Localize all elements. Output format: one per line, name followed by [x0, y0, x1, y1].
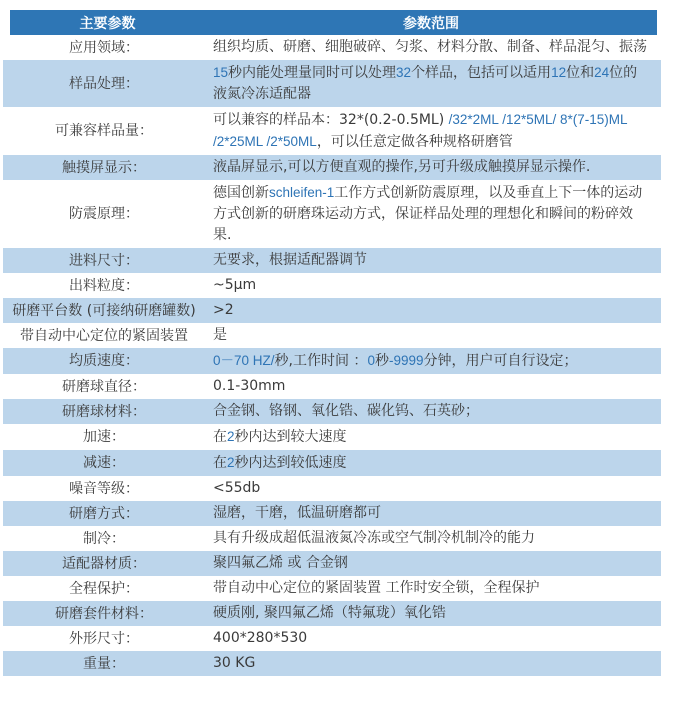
- value-text: 无要求，根据适配器调节: [213, 252, 367, 268]
- value-text-highlight: -9999: [389, 353, 424, 368]
- table-header-row: 主要参数 参数范围: [10, 10, 657, 35]
- value-text: >2: [213, 302, 234, 318]
- param-label: 研磨球直径：: [3, 375, 205, 399]
- value-text-highlight: 32: [396, 65, 411, 80]
- value-text: 湿磨，干磨，低温研磨都可: [213, 505, 381, 521]
- value-text: 是: [213, 327, 227, 343]
- table-row: 全程保护：带自动中心定位的紧固装置 工作时安全锁，全程保护: [3, 576, 661, 601]
- value-text: 可以兼容的样品本：32*(0.2-0.5ML): [213, 112, 449, 128]
- param-value: 0－70 HZ/秒,工作时间 ：0秒-9999分钟，用户可自行设定；: [205, 348, 661, 374]
- table-row: 触摸屏显示：液晶屏显示,可以方便直观的操作,另可升级成触摸屏显示操作.: [3, 155, 661, 180]
- value-text: 合金钢、铬钢、氧化锆、碳化钨、石英砂；: [213, 403, 479, 419]
- param-label: 研磨方式：: [3, 502, 205, 526]
- header-main-params: 主要参数: [10, 13, 205, 33]
- param-label: 研磨套件材料：: [3, 602, 205, 626]
- table-row: 研磨球材料：合金钢、铬钢、氧化锆、碳化钨、石英砂；: [3, 399, 661, 424]
- param-label: 进料尺寸：: [3, 249, 205, 273]
- value-text: ~5μm: [213, 277, 256, 293]
- spec-table-body: 应用领域：组织均质、研磨、细胞破碎、匀浆、材料分散、制备、样品混匀、振荡样品处理…: [3, 35, 661, 676]
- param-label: 带自动中心定位的紧固装置: [3, 324, 205, 348]
- table-row: 均质速度：0－70 HZ/秒,工作时间 ：0秒-9999分钟，用户可自行设定；: [3, 348, 661, 374]
- value-text: 组织均质、研磨、细胞破碎、匀浆、材料分散、制备、样品混匀、振荡: [213, 39, 647, 55]
- param-value: 具有升级成超低温液氮冷冻或空气制冷机制冷的能力: [205, 526, 661, 551]
- param-label: 适配器材质：: [3, 552, 205, 576]
- value-text: 液晶屏显示,可以方便直观的操作,另可升级成触摸屏显示操作.: [213, 159, 590, 175]
- table-row: 制冷：具有升级成超低温液氮冷冻或空气制冷机制冷的能力: [3, 526, 661, 551]
- param-label: 加速：: [3, 425, 205, 449]
- value-text: 聚四氟乙烯 或 合金钢: [213, 555, 348, 571]
- value-text: 硬质刚, 聚四氟乙烯（特氟珑）氧化锆: [213, 605, 446, 621]
- value-text-highlight: 2: [227, 429, 235, 444]
- param-value: 硬质刚, 聚四氟乙烯（特氟珑）氧化锆: [205, 601, 661, 626]
- param-label: 防震原理：: [3, 202, 205, 226]
- value-text: 位和: [566, 65, 594, 81]
- value-text-highlight: 24: [594, 65, 609, 80]
- value-text: 在: [213, 455, 227, 471]
- param-value: 可以兼容的样品本：32*(0.2-0.5ML) /32*2ML /12*5ML/…: [205, 107, 661, 155]
- param-value: 无要求，根据适配器调节: [205, 248, 661, 273]
- param-label: 外形尺寸：: [3, 627, 205, 651]
- param-label: 样品处理：: [3, 72, 205, 96]
- value-text-highlight: 2: [227, 455, 235, 470]
- value-text: 分钟，用户可自行设定；: [423, 353, 577, 369]
- table-row: 研磨球直径：0.1-30mm: [3, 374, 661, 399]
- param-value: 液晶屏显示,可以方便直观的操作,另可升级成触摸屏显示操作.: [205, 155, 661, 180]
- param-value: 组织均质、研磨、细胞破碎、匀浆、材料分散、制备、样品混匀、振荡: [205, 35, 661, 60]
- param-value: ~5μm: [205, 273, 661, 298]
- param-label: 均质速度：: [3, 349, 205, 373]
- value-text: ，可以任意定做各种规格研磨管: [317, 134, 513, 150]
- value-text-highlight: 0: [367, 353, 375, 368]
- param-value: 带自动中心定位的紧固装置 工作时安全锁，全程保护: [205, 576, 661, 601]
- param-value: 15秒内能处理量同时可以处理32个样品，包括可以适用12位和24位的液氮冷冻适配…: [205, 60, 661, 107]
- table-row: 减速：在2秒内达到较低速度: [3, 450, 661, 476]
- value-text: 在: [213, 429, 227, 445]
- value-text: 带自动中心定位的紧固装置 工作时安全锁，全程保护: [213, 580, 539, 596]
- value-text-highlight: 12: [551, 65, 566, 80]
- param-value: 在2秒内达到较大速度: [205, 424, 661, 450]
- value-text: <55db: [213, 480, 260, 496]
- param-label: 制冷：: [3, 527, 205, 551]
- param-label: 重量：: [3, 652, 205, 676]
- table-row: 重量：30 KG: [3, 651, 661, 676]
- param-value: 0.1-30mm: [205, 374, 661, 399]
- param-value: 400*280*530: [205, 626, 661, 651]
- param-label: 全程保护：: [3, 577, 205, 601]
- table-row: 研磨方式：湿磨，干磨，低温研磨都可: [3, 501, 661, 526]
- value-text: 400*280*530: [213, 630, 307, 646]
- param-label: 噪音等级：: [3, 477, 205, 501]
- value-text: 秒内能处理量同时可以处理: [228, 65, 396, 81]
- param-value: 是: [205, 323, 661, 348]
- table-row: 可兼容样品量：可以兼容的样品本：32*(0.2-0.5ML) /32*2ML /…: [3, 107, 661, 155]
- value-text-highlight: schleifen-1: [269, 185, 334, 200]
- value-text: 秒: [375, 353, 389, 369]
- value-text: 0.1-30mm: [213, 378, 285, 394]
- param-value: 德国创新schleifen-1工作方式创新防震原理，以及垂直上下一体的运动方式创…: [205, 180, 661, 248]
- value-text: 个样品，包括可以适用: [411, 65, 551, 81]
- table-row: 出料粒度：~5μm: [3, 273, 661, 298]
- value-text: 德国创新: [213, 185, 269, 201]
- param-label: 减速：: [3, 451, 205, 475]
- table-row: 防震原理：德国创新schleifen-1工作方式创新防震原理，以及垂直上下一体的…: [3, 180, 661, 248]
- param-label: 应用领域：: [3, 36, 205, 60]
- table-row: 外形尺寸：400*280*530: [3, 626, 661, 651]
- table-row: 噪音等级：<55db: [3, 476, 661, 501]
- value-text: 秒内达到较大速度: [235, 429, 347, 445]
- product-spec-table: 主要参数 参数范围 应用领域：组织均质、研磨、细胞破碎、匀浆、材料分散、制备、样…: [3, 10, 661, 676]
- table-row: 应用领域：组织均质、研磨、细胞破碎、匀浆、材料分散、制备、样品混匀、振荡: [3, 35, 661, 60]
- param-label: 研磨球材料：: [3, 400, 205, 424]
- table-row: 带自动中心定位的紧固装置是: [3, 323, 661, 348]
- table-row: 研磨平台数 (可接纳研磨罐数)>2: [3, 298, 661, 323]
- table-row: 适配器材质：聚四氟乙烯 或 合金钢: [3, 551, 661, 576]
- value-text-highlight: 15: [213, 65, 228, 80]
- header-param-range: 参数范围: [205, 13, 657, 33]
- table-row: 样品处理：15秒内能处理量同时可以处理32个样品，包括可以适用12位和24位的液…: [3, 60, 661, 107]
- value-text-highlight: 0－70 HZ/: [213, 353, 275, 368]
- param-label: 出料粒度：: [3, 274, 205, 298]
- table-row: 加速：在2秒内达到较大速度: [3, 424, 661, 450]
- value-text: 具有升级成超低温液氮冷冻或空气制冷机制冷的能力: [213, 530, 535, 546]
- table-row: 进料尺寸：无要求，根据适配器调节: [3, 248, 661, 273]
- param-value: 合金钢、铬钢、氧化锆、碳化钨、石英砂；: [205, 399, 661, 424]
- param-value: <55db: [205, 476, 661, 501]
- value-text: 30 KG: [213, 655, 255, 671]
- param-label: 触摸屏显示：: [3, 156, 205, 180]
- param-label: 可兼容样品量：: [3, 119, 205, 143]
- param-value: 湿磨，干磨，低温研磨都可: [205, 501, 661, 526]
- value-text: 秒内达到较低速度: [235, 455, 347, 471]
- param-value: 聚四氟乙烯 或 合金钢: [205, 551, 661, 576]
- table-row: 研磨套件材料：硬质刚, 聚四氟乙烯（特氟珑）氧化锆: [3, 601, 661, 626]
- param-value: 在2秒内达到较低速度: [205, 450, 661, 476]
- param-value: >2: [205, 298, 661, 323]
- value-text: 秒,工作时间 ：: [275, 353, 368, 369]
- param-value: 30 KG: [205, 651, 661, 676]
- param-label: 研磨平台数 (可接纳研磨罐数): [3, 299, 205, 323]
